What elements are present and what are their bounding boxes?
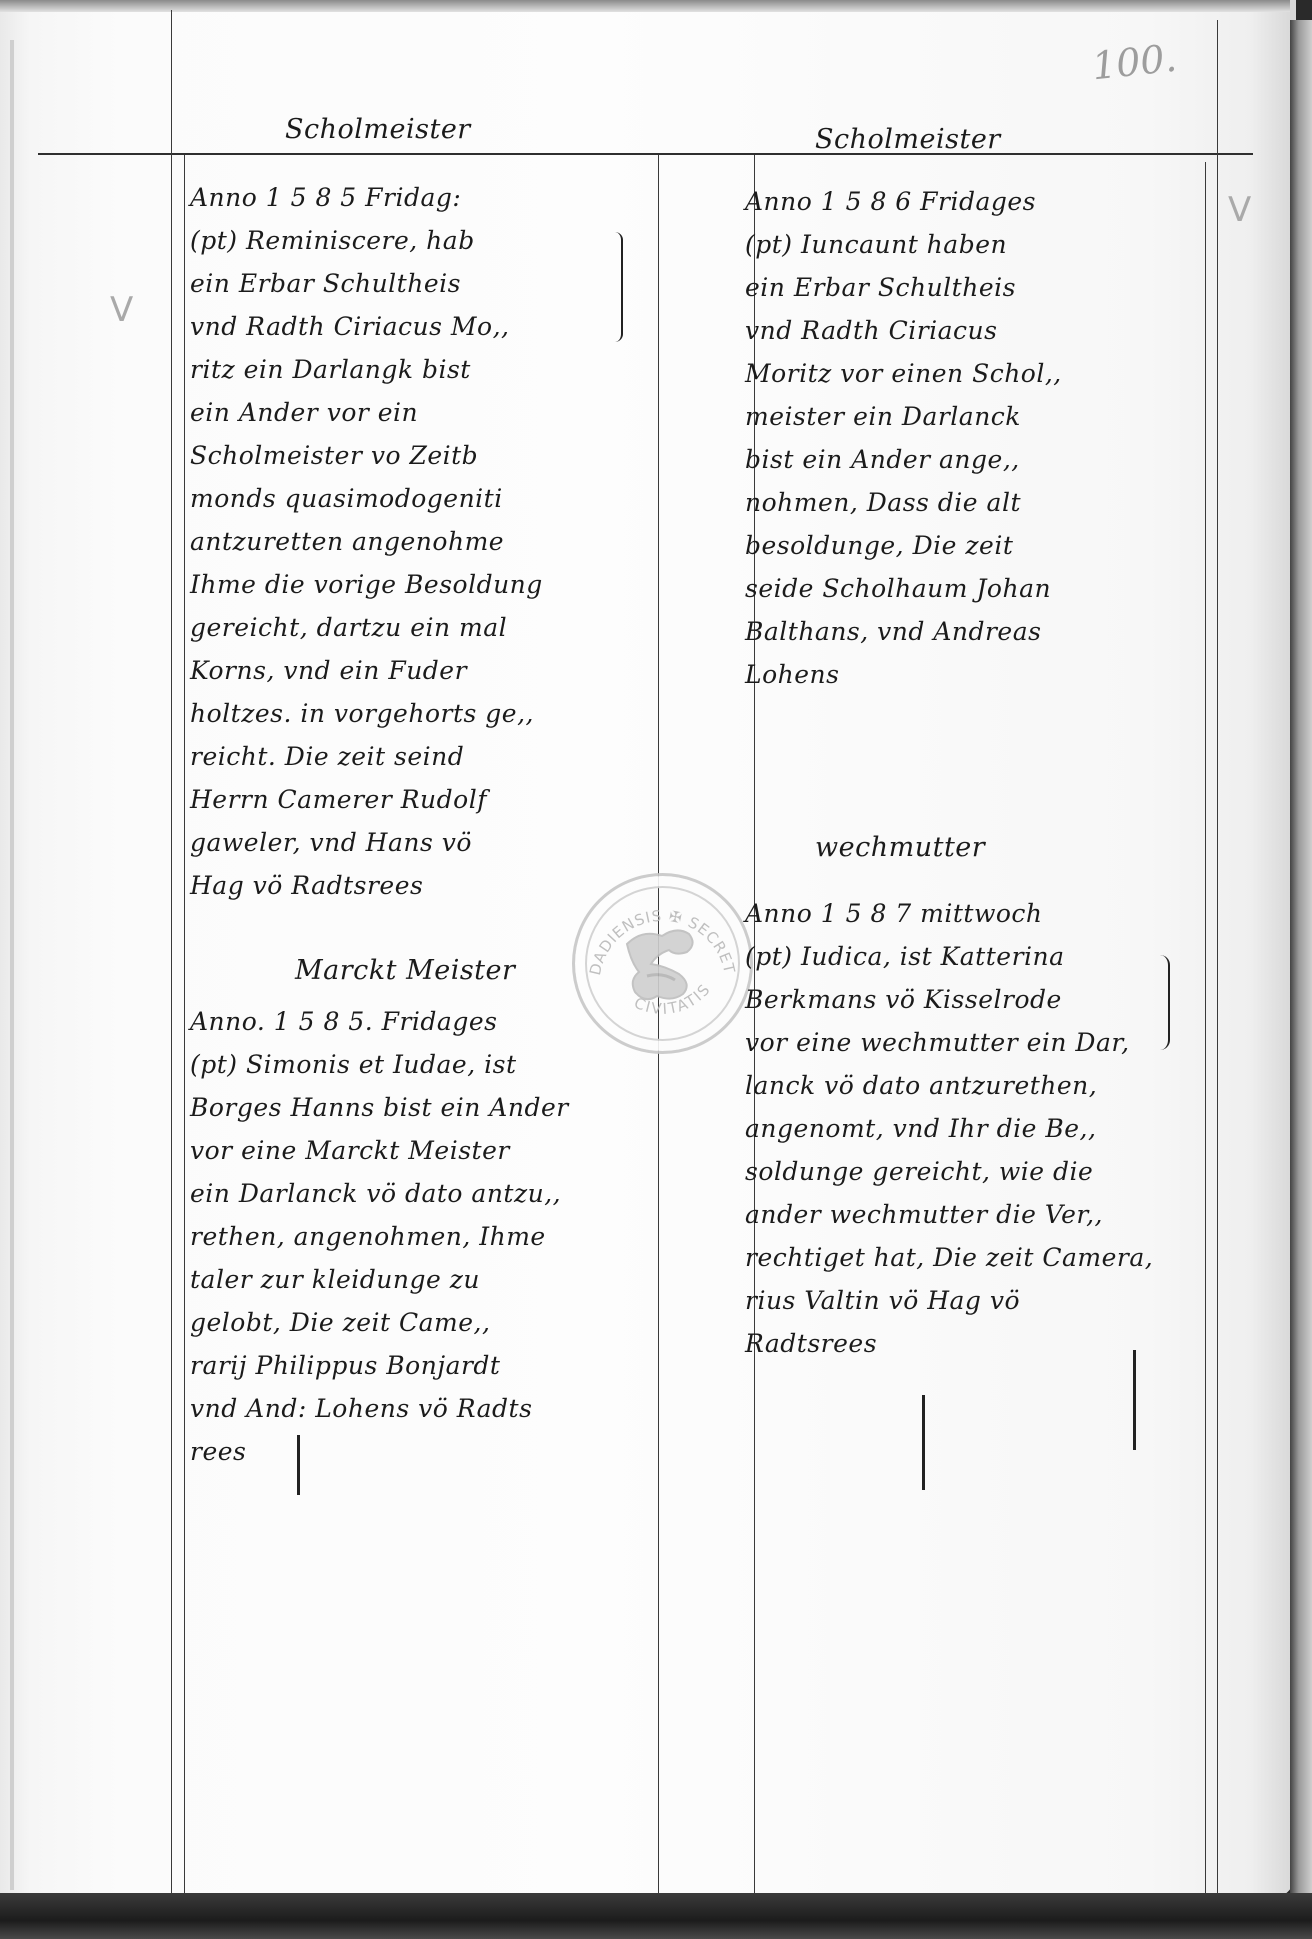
folio-number: 100. <box>1090 36 1179 89</box>
entry-line: Herrn Camerer Rudolf <box>190 778 543 821</box>
entry-line: Lohens <box>745 653 1062 696</box>
city-seal-stamp: DADIENSIS ✠ SECRETUM CIVITATIS <box>572 873 753 1054</box>
page-edge-right <box>1290 20 1312 1900</box>
right-entry-2: Anno 1 5 8 7 mittwoch (pt) Iudica, ist K… <box>745 892 1153 1365</box>
entry-line: gelobt, Die zeit Came,, <box>190 1301 569 1344</box>
entry-line: seide Scholhaum Johan <box>745 567 1062 610</box>
entry-line: soldunge gereicht, wie die <box>745 1150 1153 1193</box>
left-subheading-marckt-meister: Marckt Meister <box>295 955 515 986</box>
entry-line: Borges Hanns bist ein Ander <box>190 1086 569 1129</box>
entry-line: vor eine Marckt Meister <box>190 1129 569 1172</box>
entry-line: rarij Philippus Bonjardt <box>190 1344 569 1387</box>
entry-line: rius Valtin vö Hag vö <box>745 1279 1153 1322</box>
entry-line: vor eine wechmutter ein Dar, <box>745 1021 1153 1064</box>
entry-line: nohmen, Dass die alt <box>745 481 1062 524</box>
entry-line: lanck vö dato antzurethen, <box>745 1064 1153 1107</box>
left-margin-rule-outer <box>171 10 172 1895</box>
entry-line: meister ein Darlanck <box>745 395 1062 438</box>
entry-line: rechtiget hat, Die zeit Camera, <box>745 1236 1153 1279</box>
margin-bracket <box>615 232 623 342</box>
descender-stroke <box>1133 1350 1136 1450</box>
manuscript-page: 100. V V Scholmeister Anno 1 5 8 5 Frida… <box>0 0 1296 1900</box>
entry-line: ein Ander vor ein <box>190 391 543 434</box>
right-margin-rule-inner <box>1205 162 1206 1895</box>
pencil-check-mark-left: V <box>110 290 133 330</box>
pencil-check-mark-right: V <box>1228 190 1251 230</box>
entry-line: gereicht, dartzu ein mal <box>190 606 543 649</box>
entry-line: ein Darlanck vö dato antzu,, <box>190 1172 569 1215</box>
binding-gutter <box>10 40 14 1890</box>
entry-line: holtzes. in vorgehorts ge,, <box>190 692 543 735</box>
heading-rule <box>38 153 1253 155</box>
entry-line: ander wechmutter die Ver,, <box>745 1193 1153 1236</box>
entry-line: Korns, vnd ein Fuder <box>190 649 543 692</box>
entry-line: reicht. Die zeit seind <box>190 735 543 778</box>
entry-line: Anno 1 5 8 7 mittwoch <box>745 892 1153 935</box>
entry-line: rethen, angenohmen, Ihme <box>190 1215 569 1258</box>
entry-line: Anno 1 5 8 5 Fridag: <box>190 176 543 219</box>
entry-line: (pt) Reminiscere, hab <box>190 219 543 262</box>
left-entry-2: Anno. 1 5 8 5. Fridages (pt) Simonis et … <box>190 1000 569 1473</box>
entry-line: besoldunge, Die zeit <box>745 524 1062 567</box>
descender-stroke <box>297 1435 300 1495</box>
entry-line: ritz ein Darlangk bist <box>190 348 543 391</box>
left-column-heading: Scholmeister <box>285 114 471 145</box>
page-top-edge <box>0 0 1290 12</box>
entry-line: Ihme die vorige Besoldung <box>190 563 543 606</box>
entry-line: ein Erbar Schultheis <box>745 266 1062 309</box>
left-entry-1: Anno 1 5 8 5 Fridag: (pt) Reminiscere, h… <box>190 176 543 907</box>
entry-line: ein Erbar Schultheis <box>190 262 543 305</box>
entry-line: rees <box>190 1430 569 1473</box>
scan-bottom-background <box>0 1893 1312 1939</box>
entry-line: Radtsrees <box>745 1322 1153 1365</box>
descender-stroke <box>922 1395 925 1490</box>
entry-line: monds quasimodogeniti <box>190 477 543 520</box>
right-subheading-wechmutter: wechmutter <box>815 832 985 863</box>
left-margin-rule-inner <box>184 155 185 1895</box>
entry-line: Moritz vor einen Schol,, <box>745 352 1062 395</box>
entry-line: vnd And: Lohens vö Radts <box>190 1387 569 1430</box>
entry-line: taler zur kleidunge zu <box>190 1258 569 1301</box>
entry-line: Berkmans vö Kisselrode <box>745 978 1153 1021</box>
entry-line: Balthans, vnd Andreas <box>745 610 1062 653</box>
right-margin-rule-outer <box>1217 20 1218 1895</box>
entry-line: Hag vö Radtsrees <box>190 864 543 907</box>
entry-line: vnd Radth Ciriacus Mo,, <box>190 305 543 348</box>
entry-line: vnd Radth Ciriacus <box>745 309 1062 352</box>
entry-line: (pt) Simonis et Iudae, ist <box>190 1043 569 1086</box>
entry-line: (pt) Iudica, ist Katterina <box>745 935 1153 978</box>
entry-line: bist ein Ander ange,, <box>745 438 1062 481</box>
entry-line: Anno 1 5 8 6 Fridages <box>745 180 1062 223</box>
entry-line: (pt) Iuncaunt haben <box>745 223 1062 266</box>
entry-line: Scholmeister vo Zeitb <box>190 434 543 477</box>
entry-line: angenomt, vnd Ihr die Be,, <box>745 1107 1153 1150</box>
lion-passant-icon <box>617 914 709 1014</box>
entry-line: Anno. 1 5 8 5. Fridages <box>190 1000 569 1043</box>
entry-line: antzuretten angenohme <box>190 520 543 563</box>
right-column-heading: Scholmeister <box>815 124 1001 155</box>
margin-bracket <box>1160 955 1170 1050</box>
entry-line: gaweler, vnd Hans vö <box>190 821 543 864</box>
right-entry-1: Anno 1 5 8 6 Fridages (pt) Iuncaunt habe… <box>745 180 1062 696</box>
